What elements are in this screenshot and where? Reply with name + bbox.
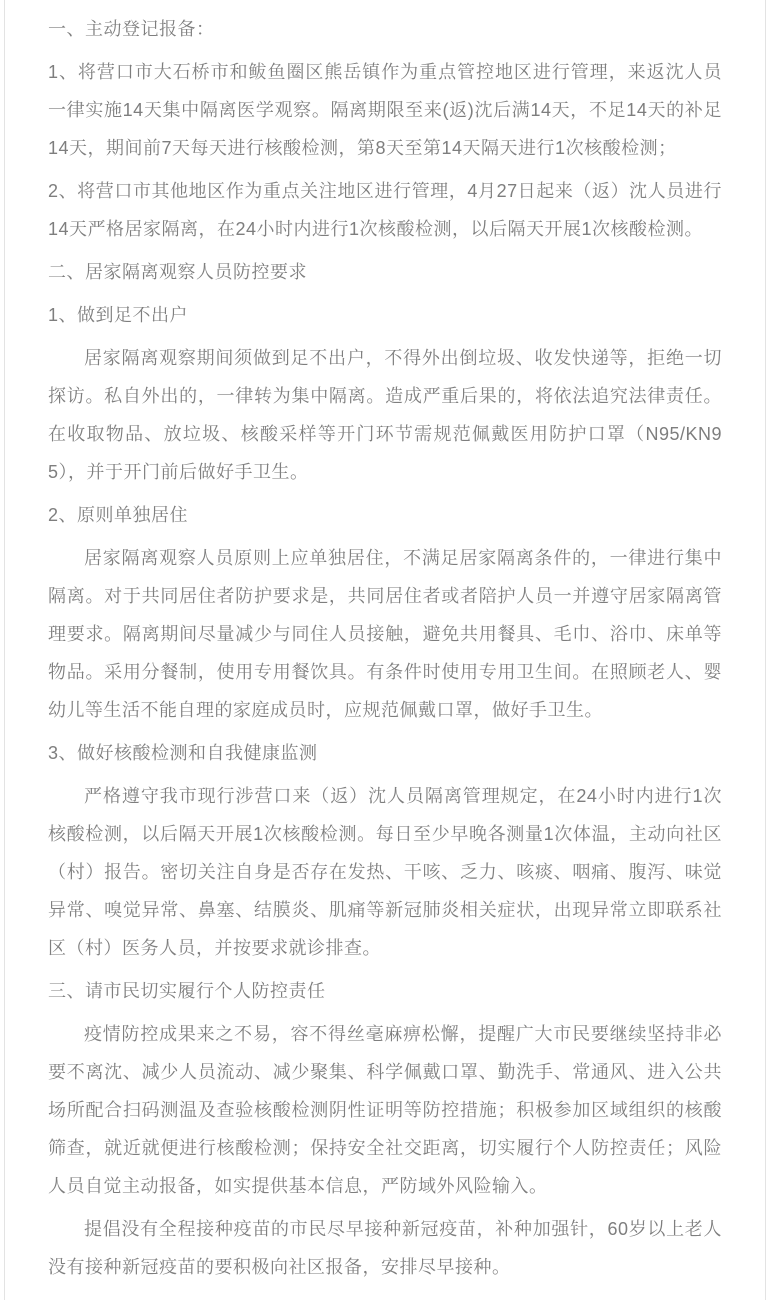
para-live-alone: 居家隔离观察人员原则上应单独居住，不满足居家隔离条件的，一律进行集中隔离。对于共…	[48, 539, 722, 729]
section-3-title: 三、请市民切实履行个人防控责任	[48, 972, 722, 1010]
para-key-attention-areas: 2、将营口市其他地区作为重点关注地区进行管理，4月27日起来（返）沈人员进行14…	[48, 172, 722, 248]
item-3-title-testing: 3、做好核酸检测和自我健康监测	[48, 734, 722, 772]
para-nucleic-testing: 严格遵守我市现行涉营口来（返）沈人员隔离管理规定，在24小时内进行1次核酸检测，…	[48, 777, 722, 967]
para-stay-home: 居家隔离观察期间须做到足不出户，不得外出倒垃圾、收发快递等，拒绝一切探访。私自外…	[48, 339, 722, 491]
item-1-title-stay-home: 1、做到足不出户	[48, 296, 722, 334]
para-personal-responsibility: 疫情防控成果来之不易，容不得丝毫麻痹松懈，提醒广大市民要继续坚持非必要不离沈、减…	[48, 1015, 722, 1205]
item-2-title-live-alone: 2、原则单独居住	[48, 496, 722, 534]
section-2-title: 二、居家隔离观察人员防控要求	[48, 253, 722, 291]
para-key-control-areas: 1、将营口市大石桥市和鲅鱼圈区熊岳镇作为重点管控地区进行管理，来返沈人员一律实施…	[48, 53, 722, 167]
section-1-title: 一、主动登记报备：	[48, 10, 722, 48]
notice-article: 一、主动登记报备： 1、将营口市大石桥市和鲅鱼圈区熊岳镇作为重点管控地区进行管理…	[4, 0, 766, 1300]
para-vaccination: 提倡没有全程接种疫苗的市民尽早接种新冠疫苗，补种加强针，60岁以上老人没有接种新…	[48, 1210, 722, 1286]
